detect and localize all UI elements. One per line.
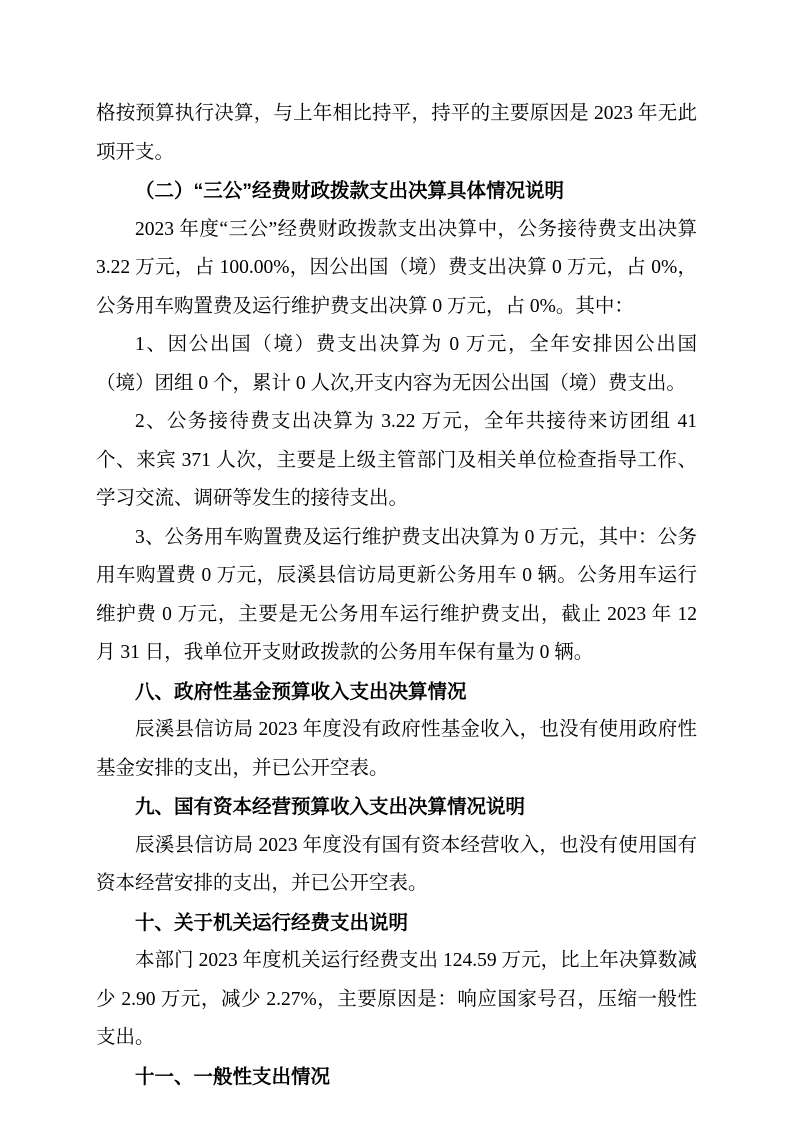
section-heading-10-operating-expenses: 十、关于机关运行经费支出说明 xyxy=(96,904,697,943)
document-page: 格按预算执行决算，与上年相比持平，持平的主要原因是 2023 年无此项开支。 （… xyxy=(96,95,697,1096)
section-heading-8-government-funds: 八、政府性基金预算收入支出决算情况 xyxy=(96,673,697,712)
paragraph-item-1-overseas-trips: 1、因公出国（境）费支出决算为 0 万元，全年安排因公出国（境）团组 0 个，累… xyxy=(96,326,697,403)
paragraph-state-capital: 辰溪县信访局 2023 年度没有国有资本经营收入，也没有使用国有资本经营安排的支… xyxy=(96,827,697,904)
section-heading-11-general-expenditure: 十一、一般性支出情况 xyxy=(96,1058,697,1097)
paragraph-sangong-overview: 2023 年度“三公”经费财政拨款支出决算中，公务接待费支出决算 3.22 万元… xyxy=(96,211,697,327)
paragraph-continued-budget-execution: 格按预算执行决算，与上年相比持平，持平的主要原因是 2023 年无此项开支。 xyxy=(96,95,697,172)
paragraph-item-3-official-vehicles: 3、公务用车购置费及运行维护费支出决算为 0 万元，其中：公务用车购置费 0 万… xyxy=(96,519,697,673)
section-heading-sangong-details: （二）“三公”经费财政拨款支出决算具体情况说明 xyxy=(96,172,697,211)
paragraph-government-funds: 辰溪县信访局 2023 年度没有政府性基金收入，也没有使用政府性基金安排的支出，… xyxy=(96,711,697,788)
paragraph-item-2-official-reception: 2、公务接待费支出决算为 3.22 万元，全年共接待来访团组 41 个、来宾 3… xyxy=(96,403,697,519)
paragraph-operating-expenses: 本部门 2023 年度机关运行经费支出 124.59 万元，比上年决算数减少 2… xyxy=(96,942,697,1058)
section-heading-9-state-capital: 九、国有资本经营预算收入支出决算情况说明 xyxy=(96,788,697,827)
